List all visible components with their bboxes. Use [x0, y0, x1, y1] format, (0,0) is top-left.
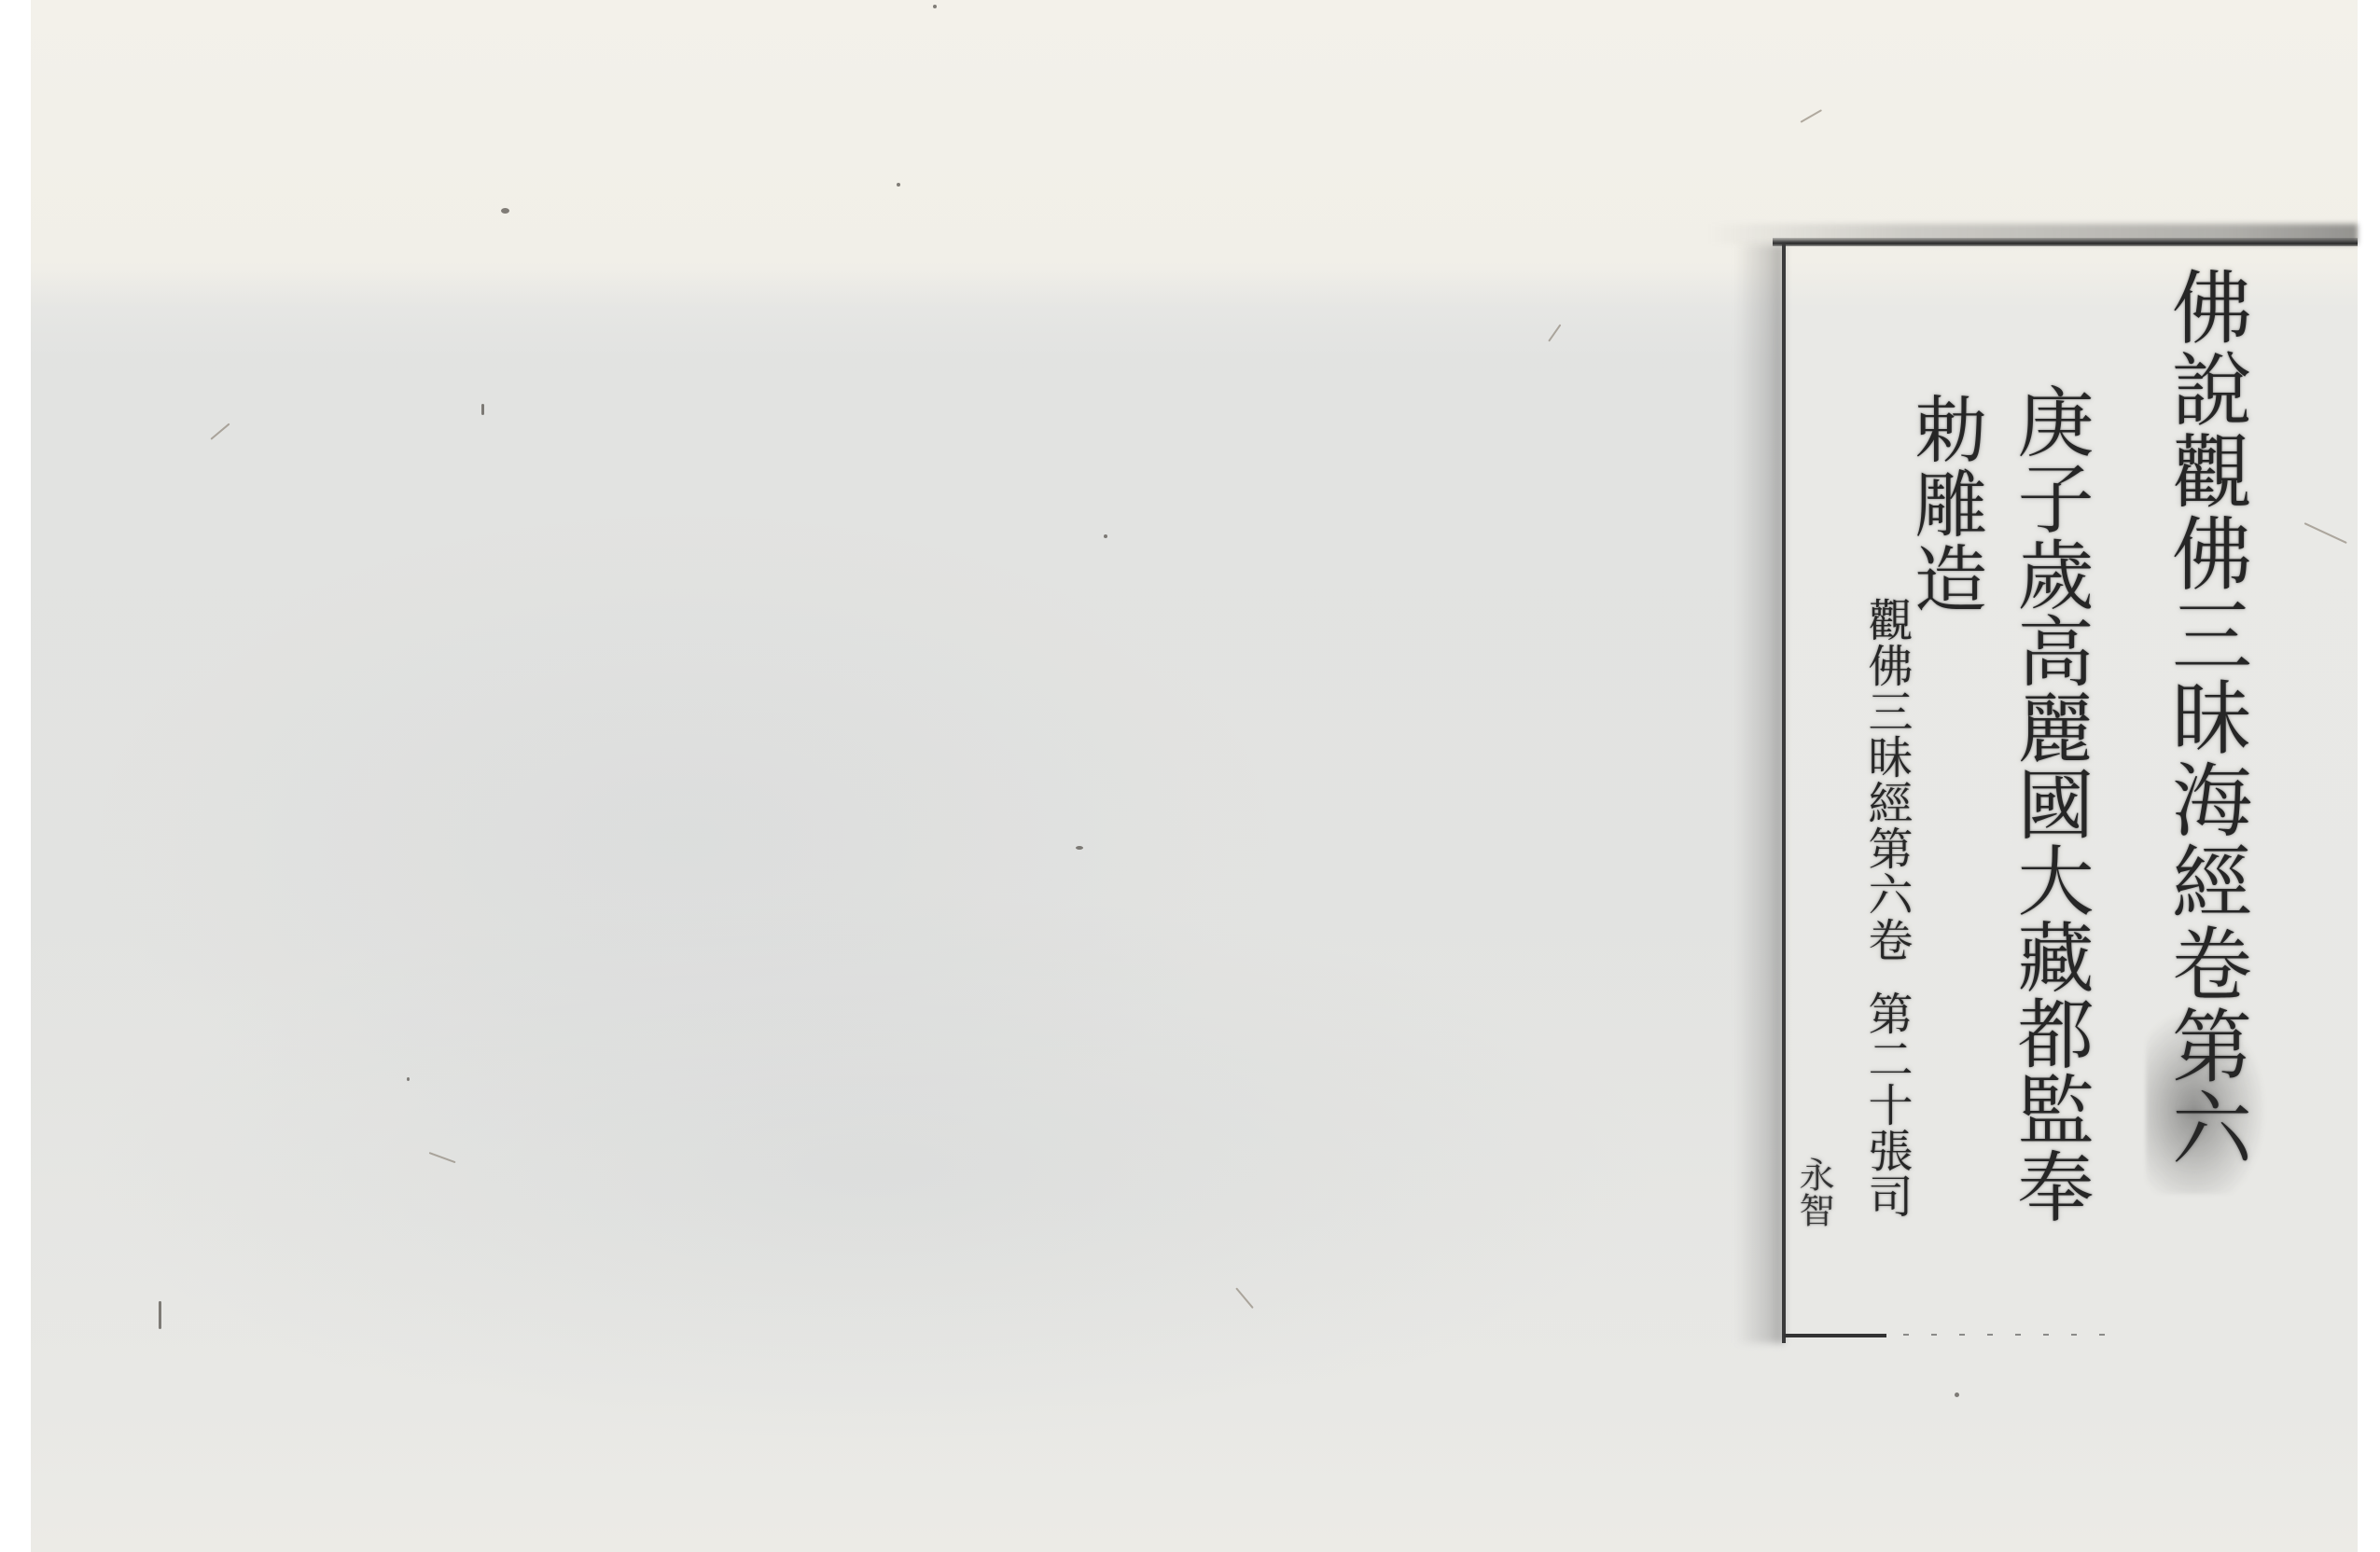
paper-fleck: [1076, 846, 1083, 850]
sheet-number: 第二十張: [1860, 991, 1913, 1173]
sutra-title-column: 佛說觀佛三昧海經卷第六: [2164, 266, 2245, 1169]
paper-fleck: [481, 404, 484, 415]
sheet-mark: 司: [1860, 1173, 1913, 1219]
colophon-line-1: 庚子歲高麗國大藏都監奉: [2011, 382, 2087, 1224]
carver-name: 永智: [1796, 1157, 1831, 1227]
sheet-label-column: 觀佛三昧經第六卷第二十張司: [1864, 597, 1909, 1219]
paper-fleck: [897, 183, 900, 187]
frame-left-ink-bleed: [1735, 244, 1784, 1343]
frame-top-border: [1773, 238, 2358, 246]
paper-fleck: [933, 5, 937, 8]
frame-left-border: [1782, 244, 1786, 1343]
frame-bottom-border: [1784, 1334, 1886, 1337]
paper-fleck: [501, 208, 509, 214]
frame-bottom-faint-line: [1903, 1334, 2118, 1336]
paper-fleck: [159, 1301, 161, 1329]
scan-shadow-band: [31, 270, 1785, 1390]
scanned-page: 佛說觀佛三昧海經卷第六 庚子歲高麗國大藏都監奉 勅雕造 觀佛三昧經第六卷第二十張…: [0, 0, 2380, 1552]
sheet-volume-label: 觀佛三昧經第六卷: [1860, 597, 1913, 963]
colophon-line-2: 勅雕造: [1908, 392, 1981, 616]
paper-fleck: [407, 1077, 410, 1081]
paper-fleck: [1104, 534, 1107, 538]
paper-fleck: [1955, 1393, 1959, 1397]
